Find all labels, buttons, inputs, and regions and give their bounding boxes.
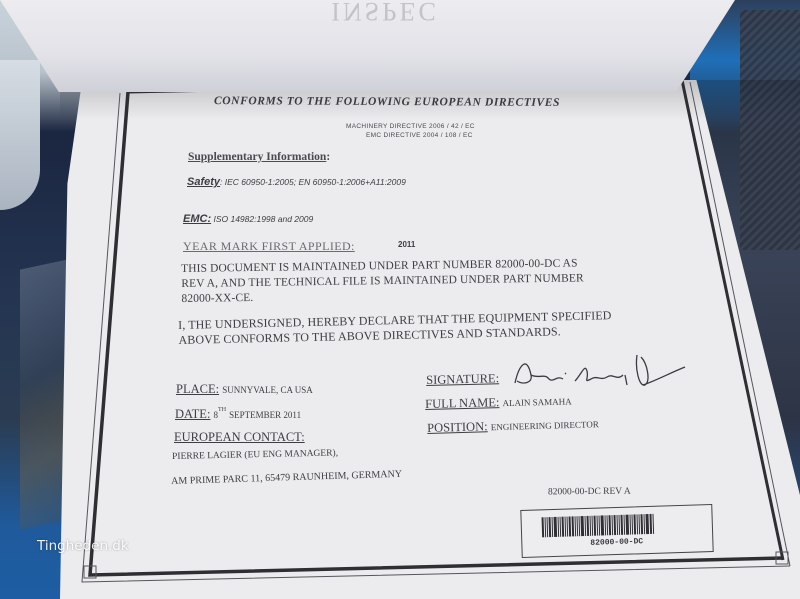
- handwritten-signature: [505, 345, 695, 400]
- date-value: SEPTEMBER 2011: [229, 410, 301, 420]
- contact-name: PIERRE LAGIER (EU ENG MANAGER),: [172, 449, 338, 462]
- position-value: ENGINEERING DIRECTOR: [491, 419, 599, 432]
- document-title: CONFORMS TO THE FOLLOWING EUROPEAN DIREC…: [214, 95, 560, 109]
- barcode-bar: [625, 515, 629, 535]
- full-name-field: FULL NAME: ALAIN SAMAHA: [425, 393, 572, 412]
- year-mark-value: 2011: [398, 240, 415, 249]
- year-mark-label: YEAR MARK FIRST APPLIED:: [183, 239, 355, 254]
- barcode-label: 82000-00-DC: [520, 504, 713, 558]
- emc-line: EMC: ISO 14982:1998 and 2009: [183, 213, 313, 225]
- watermark: Tingheden.dk: [37, 538, 129, 554]
- barcode-bar: [645, 514, 649, 534]
- declaration-of-conformity: CONFORMS TO THE FOLLOWING EUROPEAN DIREC…: [0, 0, 800, 599]
- barcode-text: 82000-00-DC: [590, 537, 643, 548]
- safety-label: Safety: [187, 176, 220, 188]
- revision-label: 82000-00-DC REV A: [548, 487, 631, 498]
- signature-field: SIGNATURE:: [426, 371, 499, 388]
- supplementary-heading: Supplementary Information:: [188, 151, 330, 163]
- full-name-value: ALAIN SAMAHA: [502, 396, 571, 408]
- safety-line: Safety: IEC 60950-1:2005; EN 60950-1:200…: [187, 176, 406, 188]
- european-contact-label: EUROPEAN CONTACT:: [174, 430, 305, 445]
- date-field: DATE: 8TH SEPTEMBER 2011: [175, 407, 301, 422]
- place-field: PLACE: SUNNYVALE, CA USA: [176, 382, 313, 397]
- emc-label: EMC:: [183, 213, 211, 225]
- maintenance-paragraph: THIS DOCUMENT IS MAINTAINED UNDER PART N…: [181, 256, 584, 307]
- emc-value: ISO 14982:1998 and 2009: [211, 214, 313, 224]
- declaration-paragraph: I, THE UNDERSIGNED, HEREBY DECLARE THAT …: [178, 308, 612, 348]
- barcode-bar: [652, 514, 654, 534]
- contact-address: AM PRIME PARC 11, 65479 RAUNHEIM, GERMAN…: [171, 469, 402, 487]
- position-field: POSITION: ENGINEERING DIRECTOR: [427, 416, 599, 436]
- barcode: [542, 513, 691, 538]
- place-value: SUNNYVALE, CA USA: [222, 385, 313, 395]
- barcode-bar: [581, 516, 585, 536]
- emc-directive: EMC DIRECTIVE 2004 / 108 / EC: [366, 132, 473, 139]
- barcode-bar: [601, 515, 605, 535]
- barcode-bar: [554, 517, 558, 537]
- machinery-directive: MACHINERY DIRECTIVE 2006 / 42 / EC: [346, 123, 475, 130]
- safety-value: : IEC 60950-1:2005; EN 60950-1:2006+A11:…: [220, 177, 406, 187]
